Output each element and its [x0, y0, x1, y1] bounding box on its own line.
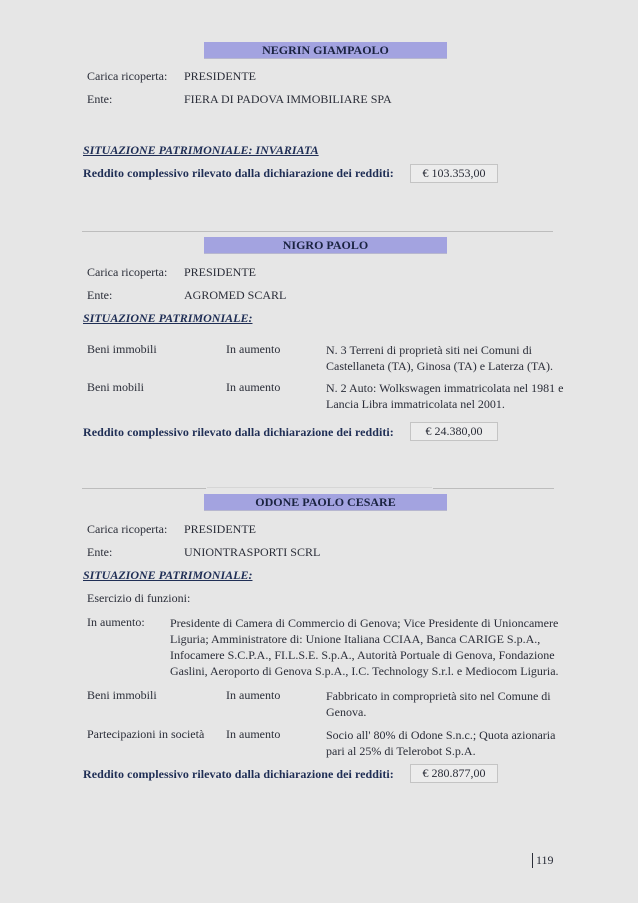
asset-detail: N. 2 Auto: Wolkswagen immatricolata nel …	[326, 380, 566, 412]
asset-category: Beni immobili	[87, 342, 157, 357]
reddito-label: Reddito complessivo rilevato dalla dichi…	[83, 166, 394, 181]
ente-value: UNIONTRASPORTI SCRL	[184, 545, 320, 560]
section-divider	[82, 488, 206, 489]
section-divider	[82, 231, 553, 232]
carica-value: PRESIDENTE	[184, 69, 256, 84]
reddito-value: € 103.353,00	[410, 164, 498, 183]
reddito-value: € 280.877,00	[410, 764, 498, 783]
funzioni-detail: Presidente di Camera di Commercio di Gen…	[170, 615, 565, 679]
situazione-patrimoniale-heading: SITUAZIONE PATRIMONIALE:	[83, 568, 252, 583]
asset-category: Beni mobili	[87, 380, 144, 395]
section-divider	[433, 488, 554, 489]
asset-trend: In aumento	[226, 688, 280, 703]
asset-trend: In aumento	[226, 727, 280, 742]
person-name-header: NEGRIN GIAMPAOLO	[204, 42, 447, 59]
ente-label: Ente:	[87, 92, 112, 107]
ente-value: FIERA DI PADOVA IMMOBILIARE SPA	[184, 92, 392, 107]
asset-detail: N. 3 Terreni di proprietà siti nei Comun…	[326, 342, 566, 374]
ente-label: Ente:	[87, 545, 112, 560]
situazione-patrimoniale-heading: SITUAZIONE PATRIMONIALE: INVARIATA	[83, 143, 319, 158]
person-name-header: NIGRO PAOLO	[204, 237, 447, 254]
asset-trend: In aumento	[226, 342, 280, 357]
carica-label: Carica ricoperta:	[87, 265, 167, 280]
carica-value: PRESIDENTE	[184, 522, 256, 537]
reddito-label: Reddito complessivo rilevato dalla dichi…	[83, 425, 394, 440]
section-divider	[207, 487, 432, 488]
ente-value: AGROMED SCARL	[184, 288, 286, 303]
asset-detail: Fabbricato in comproprietà sito nel Comu…	[326, 688, 566, 720]
funzioni-trend: In aumento:	[87, 615, 145, 630]
ente-label: Ente:	[87, 288, 112, 303]
esercizio-funzioni-label: Esercizio di funzioni:	[87, 591, 190, 606]
asset-category: Partecipazioni in società	[87, 727, 204, 742]
carica-label: Carica ricoperta:	[87, 69, 167, 84]
asset-category: Beni immobili	[87, 688, 157, 703]
situazione-patrimoniale-heading: SITUAZIONE PATRIMONIALE:	[83, 311, 252, 326]
reddito-value: € 24.380,00	[410, 422, 498, 441]
reddito-label: Reddito complessivo rilevato dalla dichi…	[83, 767, 394, 782]
carica-label: Carica ricoperta:	[87, 522, 167, 537]
person-name-header: ODONE PAOLO CESARE	[204, 494, 447, 511]
asset-detail: Socio all' 80% di Odone S.n.c.; Quota az…	[326, 727, 566, 759]
page-number: 119	[532, 853, 554, 868]
carica-value: PRESIDENTE	[184, 265, 256, 280]
asset-trend: In aumento	[226, 380, 280, 395]
